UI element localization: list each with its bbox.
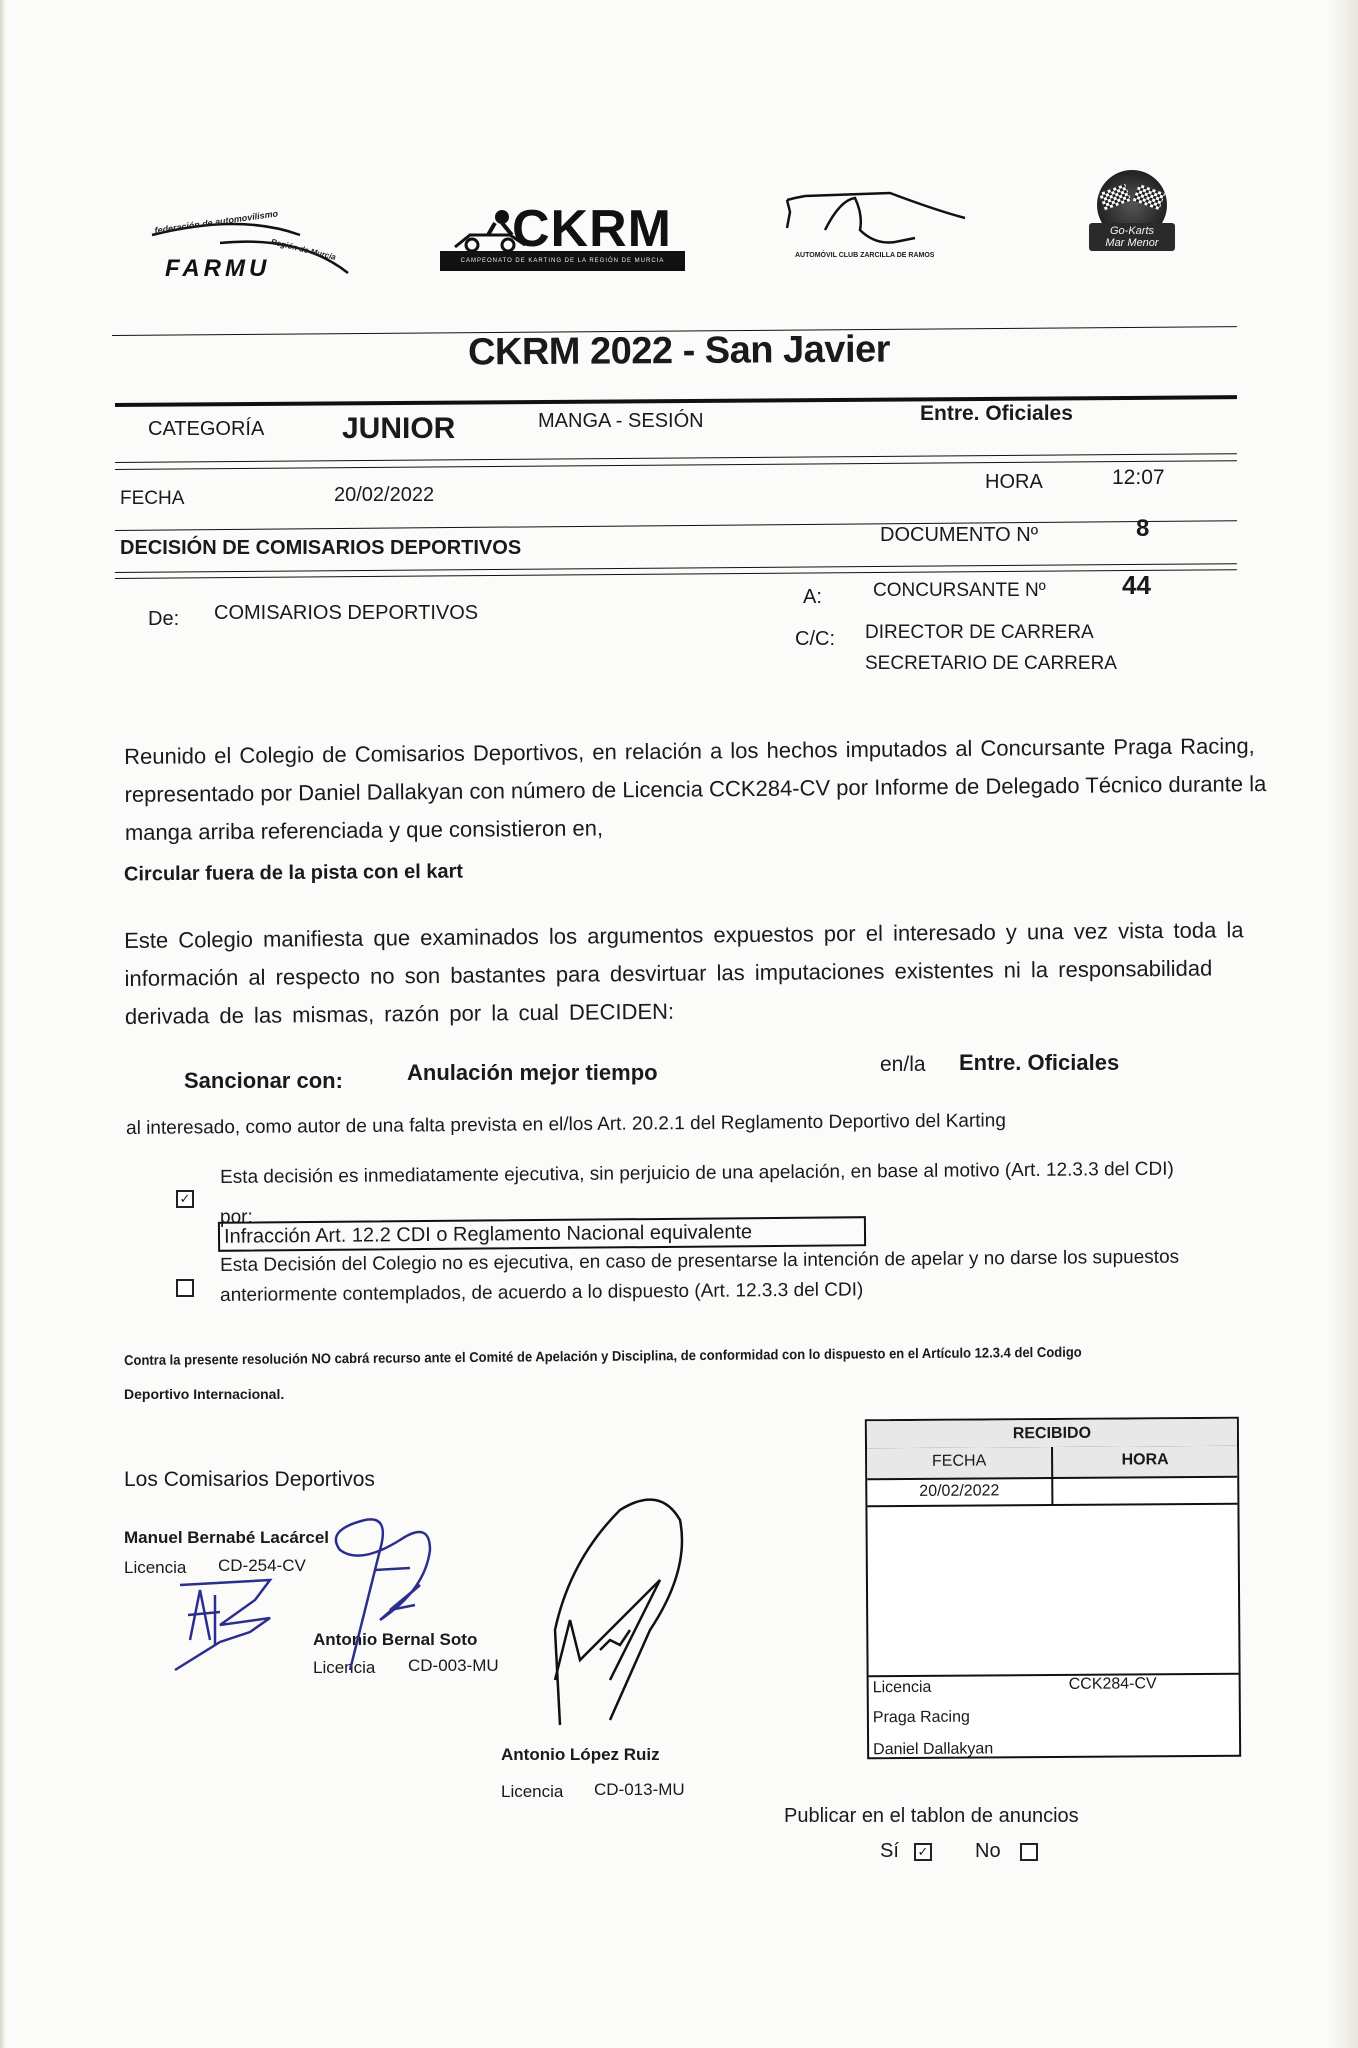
ckrm-logo: CKRM CAMPEONATO DE KARTING DE LA REGIÓN … xyxy=(440,205,685,275)
gokarts-line2: Mar Menor xyxy=(1089,237,1175,249)
track-outline-icon xyxy=(785,190,975,250)
option-immediate-text: Esta decisión es inmediatamente ejecutiv… xyxy=(220,1159,1174,1189)
article-line: al interesado, como autor de una falta p… xyxy=(126,1110,1006,1140)
decision-paragraph: Este Colegio manifiesta que examinados l… xyxy=(124,911,1230,1036)
fecha-label: FECHA xyxy=(120,488,184,510)
session-value: Entre. Oficiales xyxy=(959,1050,1119,1076)
hora-label: HORA xyxy=(985,471,1043,494)
a-label: A: xyxy=(803,586,822,609)
footnote-line: Deportivo Internacional. xyxy=(124,1386,284,1402)
de-value: COMISARIOS DEPORTIVOS xyxy=(214,602,478,625)
ckrm-subtitle: CAMPEONATO DE KARTING DE LA REGIÓN DE MU… xyxy=(440,251,685,271)
option-non-executive-line: anteriormente contemplados, de acuerdo a… xyxy=(220,1279,863,1307)
rule-fecha xyxy=(115,520,1237,531)
manga-value: Entre. Oficiales xyxy=(920,402,1073,426)
receipt-fecha-label: FECHA xyxy=(867,1447,1053,1478)
a-value: CONCURSANTE Nº xyxy=(873,580,1046,602)
steward-name: Antonio López Ruiz xyxy=(501,1745,660,1765)
categoria-label: CATEGORÍA xyxy=(148,418,264,441)
cc-label: C/C: xyxy=(795,628,835,651)
rule-doc-a xyxy=(115,563,1237,573)
publish-yes-label: Sí xyxy=(880,1840,899,1863)
signature-bernal xyxy=(320,1510,480,1670)
publish-no-label: No xyxy=(975,1840,1001,1863)
footnote-line: Contra la presente resolución NO cabrá r… xyxy=(124,1344,1082,1368)
receipt-licencia-value: CCK284-CV xyxy=(1069,1675,1157,1694)
publish-no-checkbox[interactable] xyxy=(1020,1843,1038,1861)
receipt-divider xyxy=(869,1673,1239,1678)
steward-licencia-label: Licencia xyxy=(501,1782,563,1802)
club-caption: AUTOMÓVIL CLUB ZARCILLA DE RAMOS xyxy=(795,252,934,259)
publish-label: Publicar en el tablon de anuncios xyxy=(784,1805,1079,1828)
concursante-number: 44 xyxy=(1122,570,1151,601)
sanction-value: Anulación mejor tiempo xyxy=(407,1060,658,1086)
receipt-values: 20/02/2022 xyxy=(867,1476,1237,1508)
cc-director: DIRECTOR DE CARRERA xyxy=(865,622,1094,644)
gokarts-logo: Go-Karts Mar Menor xyxy=(1085,165,1180,260)
documento-label: DOCUMENTO Nº xyxy=(880,524,1038,547)
receipt-hora-label: HORA xyxy=(1053,1446,1237,1477)
signature-lopez xyxy=(540,1480,700,1740)
de-label: De: xyxy=(148,608,179,631)
hora-value: 12:07 xyxy=(1112,466,1165,490)
signature-bernabe xyxy=(160,1570,290,1680)
steward-name: Manuel Bernabé Lacárcel xyxy=(124,1528,329,1548)
categoria-value: JUNIOR xyxy=(342,412,455,446)
cc-secretario: SECRETARIO DE CARRERA xyxy=(865,653,1117,675)
steward-licencia: CD-013-MU xyxy=(594,1780,685,1800)
signatures-heading: Los Comisarios Deportivos xyxy=(124,1468,375,1492)
fecha-value: 20/02/2022 xyxy=(334,484,434,507)
receipt-team: Praga Racing xyxy=(873,1709,970,1728)
document-type: DECISIÓN DE COMISARIOS DEPORTIVOS xyxy=(120,537,521,560)
receipt-driver: Daniel Dallakyan xyxy=(873,1740,993,1759)
non-executive-checkbox[interactable] xyxy=(176,1279,194,1297)
offense: Circular fuera de la pista con el kart xyxy=(124,861,463,887)
receipt-hora-value xyxy=(1053,1476,1237,1504)
sanction-label: Sancionar con: xyxy=(184,1068,343,1094)
publish-yes-checkbox[interactable]: ✓ xyxy=(914,1843,932,1861)
club-logo: AUTOMÓVIL CLUB ZARCILLA DE RAMOS xyxy=(785,190,975,265)
session-label: en/la xyxy=(880,1053,926,1077)
manga-label: MANGA - SESIÓN xyxy=(538,410,704,433)
receipt-fecha-value: 20/02/2022 xyxy=(867,1477,1053,1505)
option-non-executive-line: Esta Decisión del Colegio no es ejecutiv… xyxy=(220,1247,1179,1277)
receipt-licencia-label: Licencia xyxy=(873,1679,932,1697)
page-title: CKRM 2022 - San Javier xyxy=(0,325,1358,377)
motive-field[interactable]: Infracción Art. 12.2 CDI o Reglamento Na… xyxy=(218,1216,866,1252)
receipt-box: RECIBIDO FECHA HORA 20/02/2022 Licencia … xyxy=(865,1417,1241,1760)
farmu-logo: federación de automovilismo Región de Mu… xyxy=(150,205,360,290)
ckrm-wordmark: CKRM xyxy=(512,199,672,259)
intro-paragraph: Reunido el Colegio de Comisarios Deporti… xyxy=(124,727,1230,852)
page-edge xyxy=(0,0,6,2048)
documento-value: 8 xyxy=(1136,515,1149,543)
immediate-execution-checkbox[interactable]: ✓ xyxy=(176,1190,194,1208)
gokarts-line1: Go-Karts xyxy=(1089,225,1175,237)
farmu-name: FARMU xyxy=(165,255,270,283)
page-edge-right xyxy=(1328,0,1358,2048)
